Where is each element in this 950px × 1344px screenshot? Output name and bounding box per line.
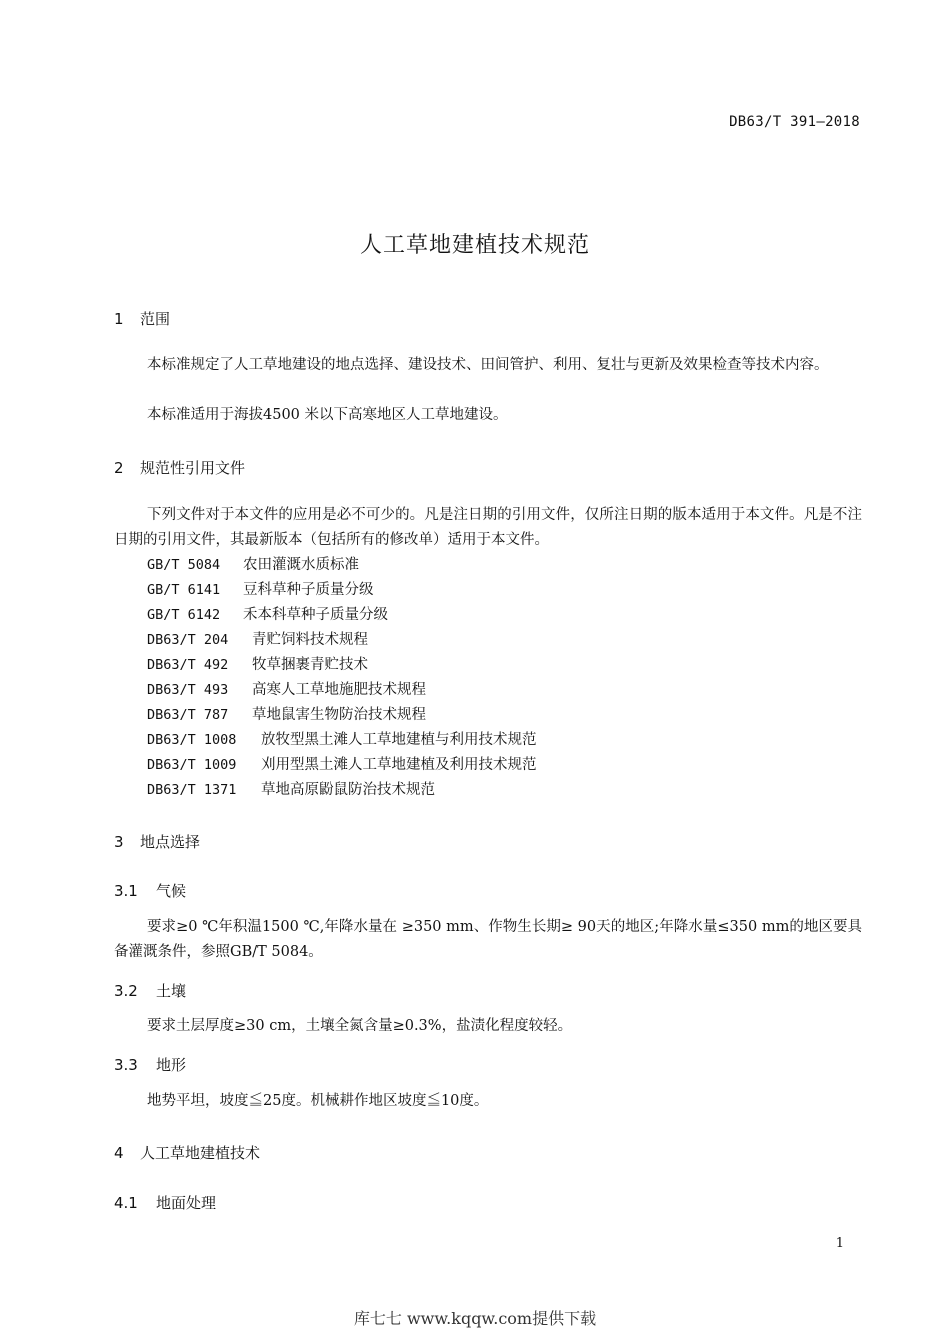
section-title: 地面处理 — [156, 1194, 216, 1212]
section-number: 3 — [114, 833, 140, 851]
section-3-2-paragraph: 要求土层厚度≥30 cm，土壤全氮含量≥0.3%，盐渍化程度较轻。 — [114, 1014, 862, 1039]
section-3-3-heading: 3.3地形 — [114, 1054, 186, 1075]
reference-item: GB/T 6141豆科草种子质量分级 — [147, 578, 537, 603]
section-3-heading: 3地点选择 — [114, 831, 200, 852]
reference-code: DB63/T 493 — [147, 678, 242, 703]
section-number: 2 — [114, 459, 140, 477]
reference-code: DB63/T 492 — [147, 653, 242, 678]
section-3-1-heading: 3.1气候 — [114, 880, 186, 901]
reference-item: DB63/T 492牧草捆裹青贮技术 — [147, 653, 537, 678]
reference-code: GB/T 5084 — [147, 553, 233, 578]
section-3-3-paragraph: 地势平坦，坡度≦25度。机械耕作地区坡度≦10度。 — [114, 1089, 862, 1114]
reference-item: DB63/T 787草地鼠害生物防治技术规程 — [147, 703, 537, 728]
reference-item: GB/T 5084农田灌溉水质标准 — [147, 553, 537, 578]
section-number: 3.2 — [114, 982, 156, 1000]
reference-title: 放牧型黑土滩人工草地建植与利用技术规范 — [261, 728, 537, 753]
reference-title: 豆科草种子质量分级 — [243, 578, 374, 603]
reference-title: 牧草捆裹青贮技术 — [252, 653, 368, 678]
section-1-heading: 1范围 — [114, 308, 170, 329]
reference-item: GB/T 6142禾本科草种子质量分级 — [147, 603, 537, 628]
section-2-paragraph: 下列文件对于本文件的应用是必不可少的。凡是注日期的引用文件，仅所注日期的版本适用… — [114, 503, 862, 553]
section-number: 3.1 — [114, 882, 156, 900]
reference-title: 草地鼠害生物防治技术规程 — [252, 703, 426, 728]
reference-code: GB/T 6141 — [147, 578, 233, 603]
reference-title: 高寒人工草地施肥技术规程 — [252, 678, 426, 703]
reference-code: DB63/T 1371 — [147, 778, 251, 803]
standard-code: DB63/T 391—2018 — [729, 114, 860, 130]
section-number: 1 — [114, 310, 140, 328]
reference-item: DB63/T 1008放牧型黑土滩人工草地建植与利用技术规范 — [147, 728, 537, 753]
section-2-heading: 2规范性引用文件 — [114, 457, 245, 478]
page-number: 1 — [836, 1236, 844, 1251]
document-title: 人工草地建植技术规范 — [0, 228, 950, 259]
document-page: DB63/T 391—2018 人工草地建植技术规范 1范围 本标准规定了人工草… — [0, 0, 950, 1344]
section-number: 4 — [114, 1144, 140, 1162]
reference-item: DB63/T 1371草地高原鼢鼠防治技术规范 — [147, 778, 537, 803]
section-title: 地点选择 — [140, 833, 200, 851]
reference-item: DB63/T 1009刈用型黑土滩人工草地建植及利用技术规范 — [147, 753, 537, 778]
section-number: 4.1 — [114, 1194, 156, 1212]
section-3-2-heading: 3.2土壤 — [114, 980, 186, 1001]
section-4-1-heading: 4.1地面处理 — [114, 1192, 216, 1213]
reference-code: DB63/T 204 — [147, 628, 242, 653]
reference-code: DB63/T 787 — [147, 703, 242, 728]
section-title: 地形 — [156, 1056, 186, 1074]
reference-title: 禾本科草种子质量分级 — [243, 603, 388, 628]
section-1-paragraph-1: 本标准规定了人工草地建设的地点选择、建设技术、田间管护、利用、复壮与更新及效果检… — [114, 353, 862, 378]
section-3-1-paragraph: 要求≥0 ℃年积温1500 ℃,年降水量在 ≥350 mm、作物生长期≥ 90天… — [114, 915, 862, 965]
download-watermark: 库七七 www.kqqw.com提供下载 — [0, 1306, 950, 1329]
reference-code: GB/T 6142 — [147, 603, 233, 628]
reference-title: 农田灌溉水质标准 — [243, 553, 359, 578]
section-4-heading: 4人工草地建植技术 — [114, 1142, 260, 1163]
section-title: 人工草地建植技术 — [140, 1144, 260, 1162]
section-1-paragraph-2: 本标准适用于海拔4500 米以下高寒地区人工草地建设。 — [114, 403, 862, 428]
reference-item: DB63/T 493高寒人工草地施肥技术规程 — [147, 678, 537, 703]
reference-title: 草地高原鼢鼠防治技术规范 — [261, 778, 435, 803]
reference-title: 青贮饲料技术规程 — [252, 628, 368, 653]
section-title: 范围 — [140, 310, 170, 328]
reference-code: DB63/T 1008 — [147, 728, 251, 753]
section-title: 气候 — [156, 882, 186, 900]
reference-item: DB63/T 204青贮饲料技术规程 — [147, 628, 537, 653]
section-title: 规范性引用文件 — [140, 459, 245, 477]
reference-code: DB63/T 1009 — [147, 753, 251, 778]
section-number: 3.3 — [114, 1056, 156, 1074]
normative-reference-list: GB/T 5084农田灌溉水质标准 GB/T 6141豆科草种子质量分级 GB/… — [147, 553, 537, 803]
reference-title: 刈用型黑土滩人工草地建植及利用技术规范 — [261, 753, 537, 778]
section-title: 土壤 — [156, 982, 186, 1000]
